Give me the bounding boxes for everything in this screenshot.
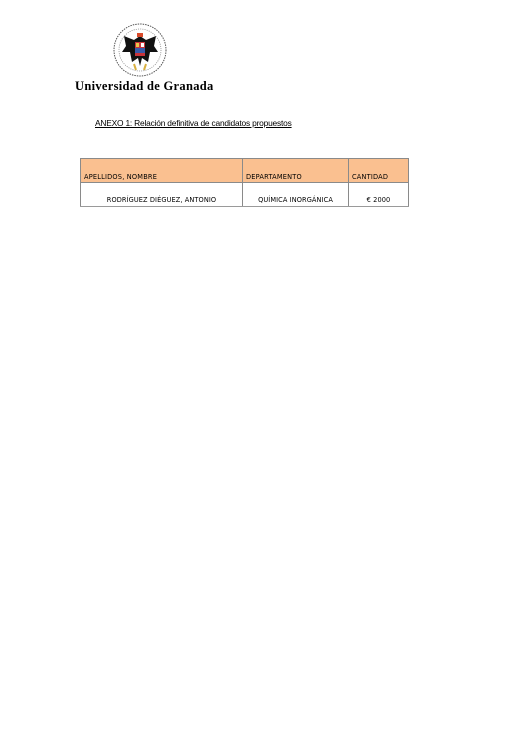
column-header-department: DEPARTAMENTO [243,159,349,183]
candidates-table: APELLIDOS, NOMBRE DEPARTAMENTO CANTIDAD … [80,158,409,207]
university-seal-icon [112,22,168,78]
cell-name: RODRÍGUEZ DIÉGUEZ, ANTONIO [81,183,243,207]
cell-department: QUÍMICA INORGÁNICA [243,183,349,207]
cell-amount: € 2000 [349,183,409,207]
table-header-row: APELLIDOS, NOMBRE DEPARTAMENTO CANTIDAD [81,159,409,183]
column-header-name: APELLIDOS, NOMBRE [81,159,243,183]
table-row: RODRÍGUEZ DIÉGUEZ, ANTONIO QUÍMICA INORG… [81,183,409,207]
annex-title: ANEXO 1: Relación definitiva de candidat… [95,118,292,128]
institution-name: Universidad de Granada [75,79,214,94]
column-header-amount: CANTIDAD [349,159,409,183]
